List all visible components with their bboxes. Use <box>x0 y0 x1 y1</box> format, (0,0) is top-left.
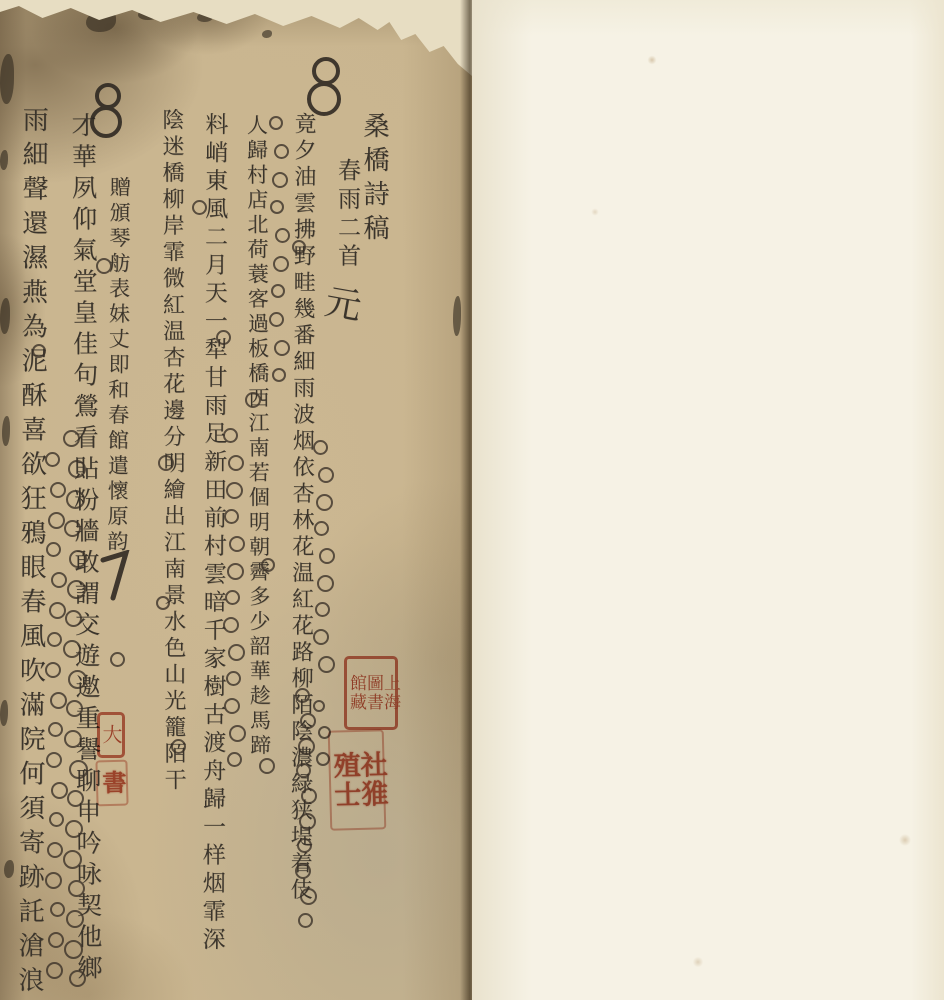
emphasis-circle <box>269 312 284 327</box>
ink-stain <box>0 298 10 334</box>
ink-stain <box>138 8 160 20</box>
annotation-character: 元 <box>319 281 361 323</box>
emphasis-circle <box>273 256 289 272</box>
emphasis-circle <box>67 790 84 807</box>
emphasis-circle <box>49 812 64 827</box>
emphasis-circle <box>313 700 325 712</box>
emphasis-circle <box>227 752 242 767</box>
blank-facing-page <box>472 0 944 1000</box>
emphasis-circle <box>261 558 275 572</box>
emphasis-circle <box>228 644 245 661</box>
poem2-column-2: 陰迷橋柳岸霏微紅温杏花邊分明繪出江南景水色山光籠陌干 <box>160 108 184 794</box>
emphasis-circle <box>47 632 62 647</box>
ink-stain <box>0 54 14 104</box>
emphasis-circle <box>270 200 284 214</box>
seal-script-text: 殖士 <box>330 751 359 810</box>
emphasis-circle <box>47 842 63 858</box>
seal-script-text: 圖書 <box>364 674 381 712</box>
work-title-column: 桑橋詩稿 <box>361 112 387 248</box>
emphasis-circle <box>295 863 311 879</box>
ink-stain <box>197 12 213 22</box>
emphasis-circle <box>63 850 82 869</box>
emphasis-circle <box>274 144 289 159</box>
second-poem-title-column: 贈頒琴舫表妹丈即和春館遣懷原韵 <box>106 176 130 556</box>
manuscript-page: 桑橋詩稿春雨二首元竟夕油雲拂野畦幾番細雨波烟依杏林花温紅花路柳陌陰濃緑狭堤着伎人… <box>0 0 472 1000</box>
emphasis-circle <box>50 482 66 498</box>
seal-script-text: 社猚 <box>357 750 386 809</box>
emphasis-circle <box>216 330 231 345</box>
emphasis-circle <box>48 512 65 529</box>
seal-script-text: 上海 <box>381 674 398 712</box>
emphasis-circle <box>225 590 240 605</box>
emphasis-circle <box>274 340 290 356</box>
small-seal-top: 大 <box>97 712 125 758</box>
ink-stain <box>262 30 272 38</box>
emphasis-circle <box>229 725 246 742</box>
seal-script-text: 大 <box>101 724 121 746</box>
book-scan: 桑橋詩稿春雨二首元竟夕油雲拂野畦幾番細雨波烟依杏林花温紅花路柳陌陰濃緑狭堤着伎人… <box>0 0 944 1000</box>
poem2-column-1: 料峭東風二月天一犁甘雨足新田前村雲暗千家樹古渡舟歸一样烟霏深 <box>200 112 226 955</box>
emphasis-circle <box>223 428 238 443</box>
emphasis-circle <box>301 788 317 804</box>
poem1-column-2: 人歸村店北荷蓑客過板橋西江南若個明朝霽多少韶華趁馬蹄 <box>245 114 269 759</box>
emphasis-circle <box>318 467 334 483</box>
emphasis-circle <box>226 671 241 686</box>
emphasis-circle <box>313 440 328 455</box>
ink-stain <box>86 10 116 32</box>
emphasis-circle <box>156 596 170 610</box>
emphasis-circle <box>158 455 174 471</box>
emphasis-circle <box>46 962 63 979</box>
manuscript-paper: 桑橋詩稿春雨二首元竟夕油雲拂野畦幾番細雨波烟依杏林花温紅花路柳陌陰濃緑狭堤着伎人… <box>0 0 472 1000</box>
emphasis-circle <box>50 902 65 917</box>
emphasis-circle <box>110 652 125 667</box>
emphasis-circle <box>313 629 329 645</box>
emphasis-circle <box>227 563 244 580</box>
emphasis-circle <box>228 455 244 471</box>
emphasis-circle <box>275 228 290 243</box>
emphasis-circle <box>48 932 64 948</box>
emphasis-circle <box>64 520 81 537</box>
emphasis-circle <box>46 542 61 557</box>
emphasis-circle <box>65 610 82 627</box>
emphasis-circle <box>297 838 312 853</box>
emphasis-circle <box>300 713 316 729</box>
section-title-column: 春雨二首 <box>335 158 358 272</box>
collector-seal: 社猚殖士 <box>328 729 387 830</box>
emphasis-circle <box>63 640 81 658</box>
emphasis-circle <box>299 813 316 830</box>
emphasis-circle <box>300 888 317 905</box>
emphasis-circle <box>314 521 329 536</box>
correction-scribble-icon <box>306 56 346 122</box>
emphasis-circle <box>226 482 243 499</box>
emphasis-circle <box>64 730 82 748</box>
emphasis-circle <box>224 509 239 524</box>
emphasis-circle <box>192 200 207 215</box>
emphasis-circle <box>46 752 62 768</box>
emphasis-circle <box>66 490 85 509</box>
emphasis-circle <box>245 392 261 408</box>
emphasis-circle <box>298 913 313 928</box>
poem1-column-1: 竟夕油雲拂野畦幾番細雨波烟依杏林花温紅花路柳陌陰濃緑狭堤着伎 <box>288 112 314 904</box>
emphasis-circle <box>68 880 85 897</box>
emphasis-circle <box>229 536 245 552</box>
shanghai-library-seal: 上海圖書館藏 <box>344 656 398 730</box>
emphasis-circle <box>69 550 87 568</box>
correction-scribble-icon <box>90 82 126 144</box>
emphasis-circle <box>259 758 275 774</box>
emphasis-circle <box>49 602 66 619</box>
emphasis-circle <box>271 284 285 298</box>
emphasis-circle <box>318 656 335 673</box>
emphasis-circle <box>45 872 62 889</box>
emphasis-circle <box>68 670 87 689</box>
emphasis-circle <box>96 258 112 274</box>
emphasis-circle <box>316 494 333 511</box>
emphasis-circle <box>269 116 283 130</box>
emphasis-circle <box>65 820 83 838</box>
emphasis-circle <box>317 575 334 592</box>
small-seal-bottom: 書 <box>95 760 128 807</box>
emphasis-circle <box>315 602 330 617</box>
emphasis-circle <box>66 700 83 717</box>
emphasis-circle <box>68 460 86 478</box>
seal-script-text: 書 <box>100 770 125 797</box>
ink-stain <box>0 700 8 726</box>
emphasis-circle <box>51 572 67 588</box>
emphasis-circle <box>63 430 80 447</box>
emphasis-circle <box>223 617 239 633</box>
emphasis-circle <box>67 580 86 599</box>
emphasis-circle <box>51 782 68 799</box>
ink-stain <box>453 296 461 336</box>
poem3-column-2: 雨細聲還濕燕為泥酥喜欲狂鴉眼春風吹滿院何須寄跡託滄浪 <box>16 106 47 1000</box>
emphasis-circle <box>272 368 286 382</box>
emphasis-circle <box>45 662 61 678</box>
check-stroke-icon <box>100 550 132 602</box>
emphasis-circle <box>319 548 335 564</box>
emphasis-circle <box>295 688 310 703</box>
emphasis-circle <box>32 344 46 358</box>
emphasis-circle <box>292 240 306 254</box>
ink-stain <box>0 150 8 170</box>
emphasis-circle <box>64 940 83 959</box>
emphasis-circle <box>272 172 288 188</box>
emphasis-circle <box>296 763 311 778</box>
emphasis-circle <box>171 739 186 754</box>
emphasis-circle <box>50 692 67 709</box>
ink-stain <box>4 860 14 878</box>
ink-stain <box>2 416 10 446</box>
emphasis-circle <box>69 970 86 987</box>
emphasis-circle <box>48 722 63 737</box>
emphasis-circle <box>69 760 88 779</box>
emphasis-circle <box>45 452 60 467</box>
emphasis-circle <box>224 698 240 714</box>
emphasis-circle <box>298 738 315 755</box>
emphasis-circle <box>66 910 84 928</box>
seal-script-text: 館藏 <box>347 674 364 712</box>
